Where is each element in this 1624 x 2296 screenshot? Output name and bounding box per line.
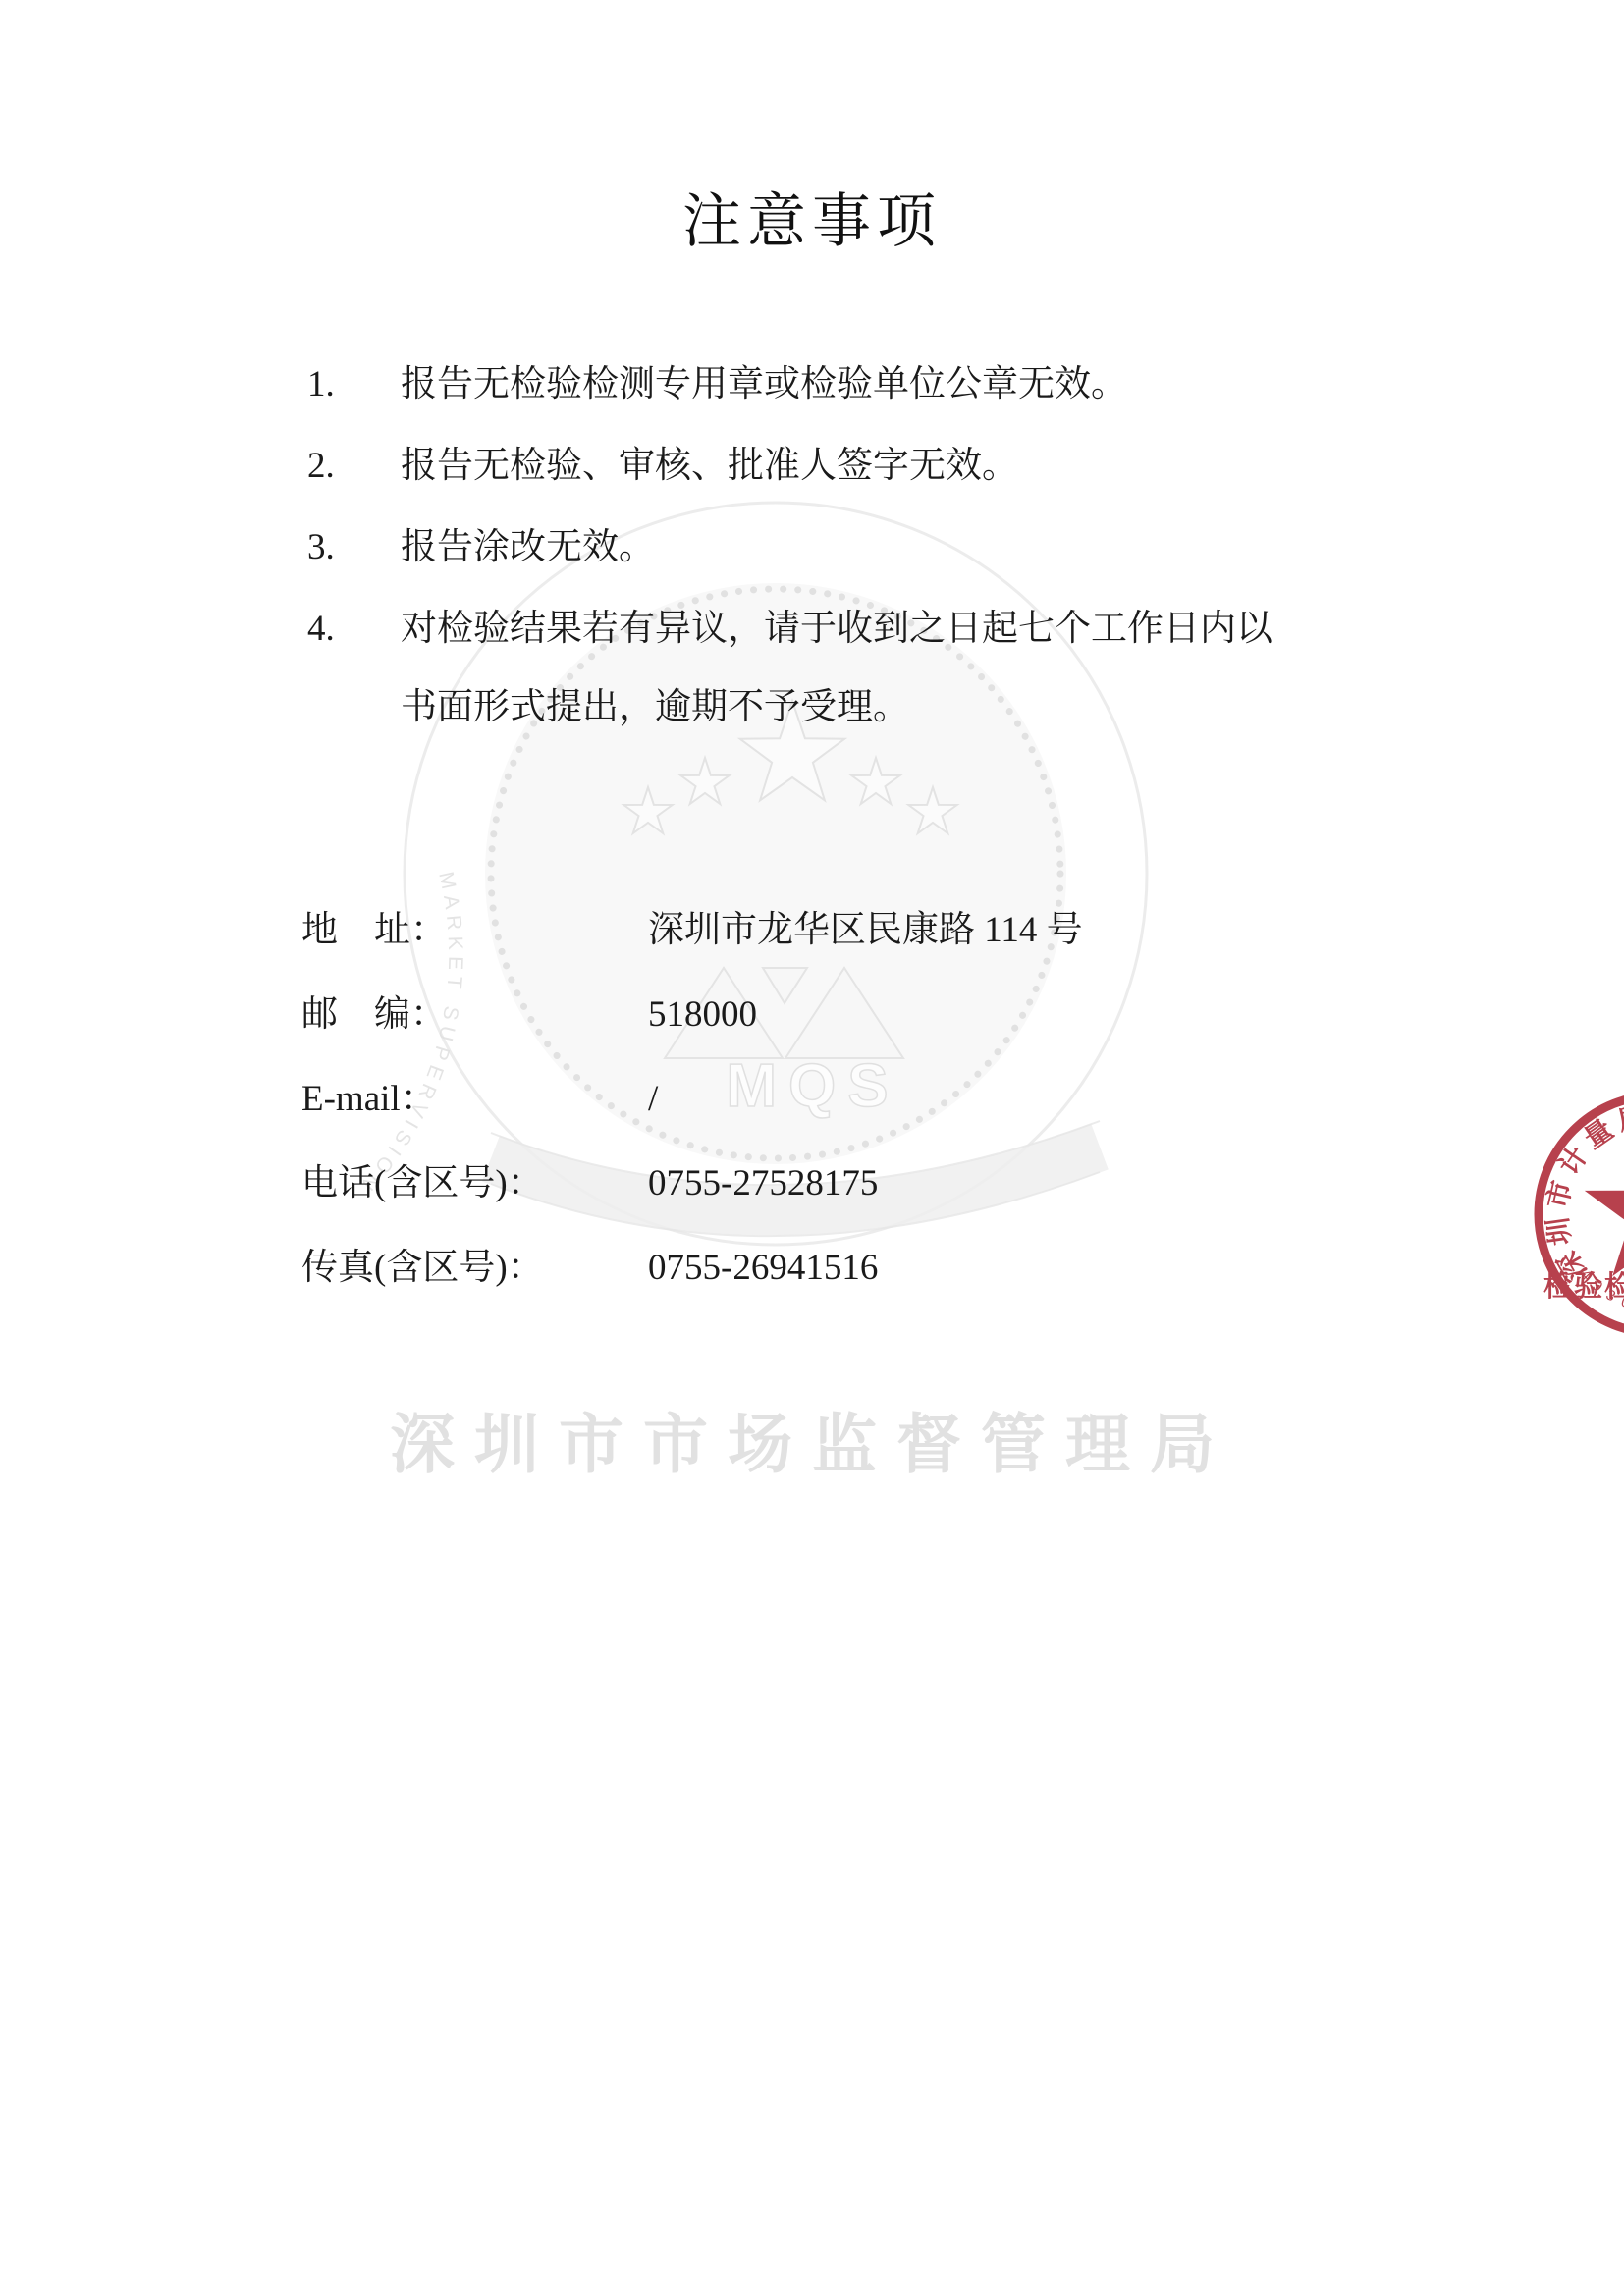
note-text: 报告无检验检测专用章或检验单位公章无效。 [401,346,1299,424]
email-value: / [648,1077,1381,1122]
red-official-stamp: 深圳市计量质量检测研究院 检验检测专用章 49305 [1530,1087,1624,1346]
star-icon [908,787,956,833]
note-item: 4. 对检验结果若有异议，请于收到之日起七个工作日内以书面形式提出，逾期不予受理… [307,590,1299,747]
contact-row-address: 地 址： 深圳市龙华区民康路 114 号 [301,908,1381,953]
note-text: 报告无检验、审核、批准人签字无效。 [401,427,1299,506]
address-value: 深圳市龙华区民康路 114 号 [648,908,1381,953]
contact-row-postcode: 邮 编： 518000 [301,992,1381,1038]
note-number: 3. [307,508,401,587]
contact-row-email: E-mail： / [301,1077,1381,1122]
note-item: 3. 报告涂改无效。 [307,508,1299,587]
contact-info: 地 址： 深圳市龙华区民康路 114 号 邮 编： 518000 E-mail：… [301,908,1381,1330]
star-icon [623,787,672,833]
stamp-star-icon [1585,1138,1624,1276]
postcode-label: 邮 编： [301,992,648,1038]
note-number: 2. [307,427,401,506]
note-number: 4. [307,590,401,668]
phone-label: 电话(含区号)： [301,1161,648,1206]
note-text: 对检验结果若有异议，请于收到之日起七个工作日内以书面形式提出，逾期不予受理。 [401,590,1299,747]
note-text: 报告涂改无效。 [401,508,1299,587]
note-number: 1. [307,346,401,424]
fax-label: 传真(含区号)： [301,1246,648,1291]
star-icon [680,758,729,804]
stamp-border-circle [1539,1095,1624,1333]
stamp-arc-text: 深圳市计量质量检测研究院 [1542,1098,1624,1285]
document-page: MARKET SUPERVISION ADMINISTRATION OF SHE… [0,0,1624,2296]
phone-value: 0755-27528175 [648,1161,1381,1206]
address-label: 地 址： [301,908,648,953]
email-label: E-mail： [301,1077,648,1122]
stamp-title-text: 检验检测专用章 [1543,1269,1624,1303]
notes-list: 1. 报告无检验检测专用章或检验单位公章无效。 2. 报告无检验、审核、批准人签… [307,346,1299,750]
note-item: 2. 报告无检验、审核、批准人签字无效。 [307,427,1299,506]
postcode-value: 518000 [648,992,1381,1038]
stamp-code-text: 49305 [1577,1266,1624,1316]
org-name-watermark: 深圳市市场监督管理局 [390,1392,1234,1485]
note-item: 1. 报告无检验检测专用章或检验单位公章无效。 [307,346,1299,424]
page-title: 注意事项 [0,175,1624,259]
star-icon [851,758,899,804]
contact-row-phone: 电话(含区号)： 0755-27528175 [301,1161,1381,1206]
fax-value: 0755-26941516 [648,1246,1381,1291]
contact-row-fax: 传真(含区号)： 0755-26941516 [301,1246,1381,1291]
